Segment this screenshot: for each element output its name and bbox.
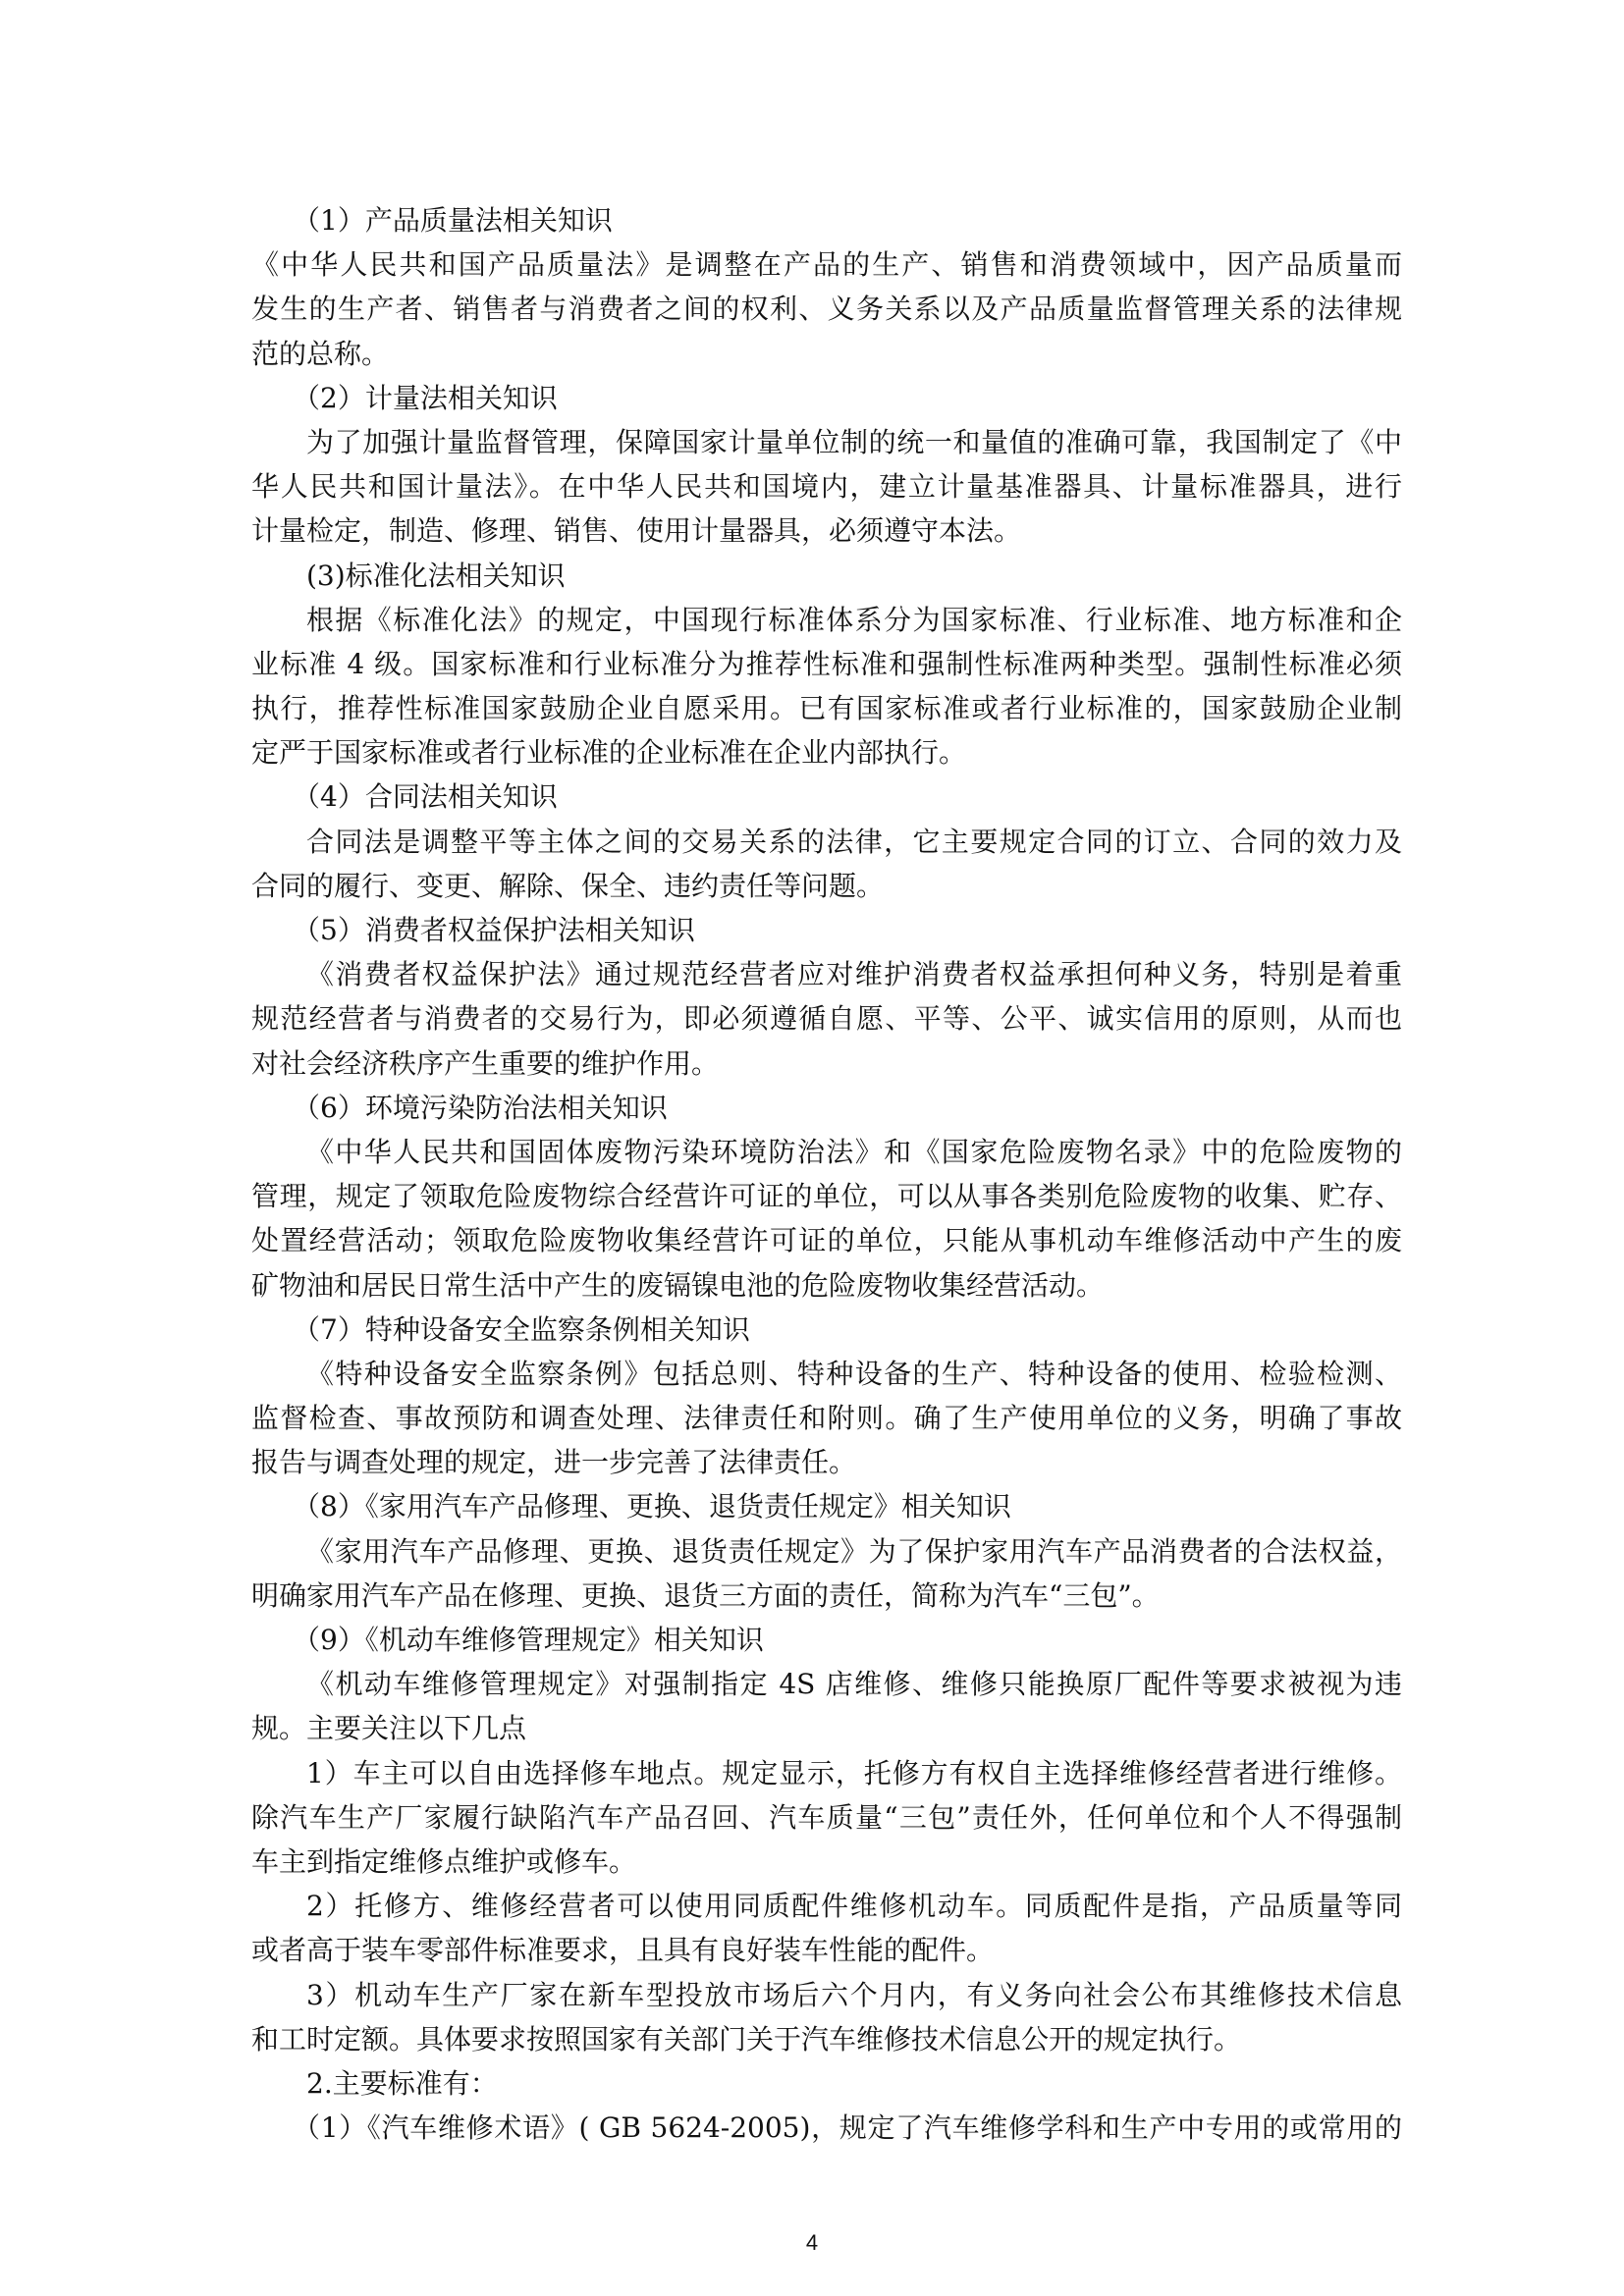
text-line: （1）《汽车维修术语》( GB 5624-2005)，规定了汽车维修学科和生产中… bbox=[251, 2106, 1402, 2150]
text-line: 根据《标准化法》的规定，中国现行标准体系分为国家标准、行业标准、地方标准和企 bbox=[251, 598, 1402, 642]
text-line: 执行，推荐性标准国家鼓励企业自愿采用。已有国家标准或者行业标准的，国家鼓励企业制 bbox=[251, 686, 1402, 730]
text-line: 《特种设备安全监察条例》包括总则、特种设备的生产、特种设备的使用、检验检测、 bbox=[251, 1352, 1402, 1396]
text-line: 《中华人民共和国产品质量法》是调整在产品的生产、销售和消费领域中，因产品质量而 bbox=[251, 242, 1402, 287]
text-line: 合同法是调整平等主体之间的交易关系的法律，它主要规定合同的订立、合同的效力及 bbox=[251, 820, 1402, 864]
text-line: （6）环境污染防治法相关知识 bbox=[251, 1086, 1402, 1130]
text-line: 《机动车维修管理规定》对强制指定 4S 店维修、维修只能换原厂配件等要求被视为违 bbox=[251, 1662, 1402, 1706]
text-line: 报告与调查处理的规定，进一步完善了法律责任。 bbox=[251, 1440, 1402, 1484]
text-line: （7）特种设备安全监察条例相关知识 bbox=[251, 1308, 1402, 1352]
page-number: 4 bbox=[0, 2230, 1624, 2256]
text-line: （2）计量法相关知识 bbox=[251, 376, 1402, 420]
text-line: 或者高于装车零部件标准要求，且具有良好装车性能的配件。 bbox=[251, 1928, 1402, 1972]
text-line: 《中华人民共和国固体废物污染环境防治法》和《国家危险废物名录》中的危险废物的 bbox=[251, 1130, 1402, 1174]
text-line: 华人民共和国计量法》。在中华人民共和国境内，建立计量基准器具、计量标准器具，进行 bbox=[251, 464, 1402, 508]
document-body: （1）产品质量法相关知识《中华人民共和国产品质量法》是调整在产品的生产、销售和消… bbox=[251, 198, 1402, 2150]
text-line: 2.主要标准有： bbox=[251, 2061, 1402, 2106]
text-line: 计量检定，制造、修理、销售、使用计量器具，必须遵守本法。 bbox=[251, 508, 1402, 553]
text-line: 除汽车生产厂家履行缺陷汽车产品召回、汽车质量“三包”责任外，任何单位和个人不得强… bbox=[251, 1795, 1402, 1840]
text-line: 《家用汽车产品修理、更换、退货责任规定》为了保护家用汽车产品消费者的合法权益， bbox=[251, 1529, 1402, 1574]
text-line: 3）机动车生产厂家在新车型投放市场后六个月内，有义务向社会公布其维修技术信息 bbox=[251, 1973, 1402, 2017]
text-line: (3)标准化法相关知识 bbox=[251, 554, 1402, 598]
text-line: 规范经营者与消费者的交易行为，即必须遵循自愿、平等、公平、诚实信用的原则，从而也 bbox=[251, 996, 1402, 1041]
text-line: 为了加强计量监督管理，保障国家计量单位制的统一和量值的准确可靠，我国制定了《中 bbox=[251, 420, 1402, 464]
text-line: 监督检查、事故预防和调查处理、法律责任和附则。确了生产使用单位的义务，明确了事故 bbox=[251, 1396, 1402, 1440]
text-line: （5）消费者权益保护法相关知识 bbox=[251, 908, 1402, 952]
text-line: 1）车主可以自由选择修车地点。规定显示，托修方有权自主选择维修经营者进行维修。 bbox=[251, 1751, 1402, 1795]
text-line: 业标准 4 级。国家标准和行业标准分为推荐性标准和强制性标准两种类型。强制性标准… bbox=[251, 642, 1402, 686]
text-line: 车主到指定维修点维护或修车。 bbox=[251, 1840, 1402, 1884]
text-line: （4）合同法相关知识 bbox=[251, 774, 1402, 819]
text-line: 处置经营活动；领取危险废物收集经营许可证的单位，只能从事机动车维修活动中产生的废 bbox=[251, 1218, 1402, 1262]
text-line: 2）托修方、维修经营者可以使用同质配件维修机动车。同质配件是指，产品质量等同 bbox=[251, 1884, 1402, 1928]
text-line: 和工时定额。具体要求按照国家有关部门关于汽车维修技术信息公开的规定执行。 bbox=[251, 2017, 1402, 2061]
text-line: 矿物油和居民日常生活中产生的废镉镍电池的危险废物收集经营活动。 bbox=[251, 1263, 1402, 1308]
text-line: 合同的履行、变更、解除、保全、违约责任等问题。 bbox=[251, 864, 1402, 908]
text-line: 定严于国家标准或者行业标准的企业标准在企业内部执行。 bbox=[251, 730, 1402, 774]
text-line: 规。主要关注以下几点 bbox=[251, 1706, 1402, 1750]
text-line: （1）产品质量法相关知识 bbox=[251, 198, 1402, 242]
text-line: 范的总称。 bbox=[251, 332, 1402, 376]
text-line: 《消费者权益保护法》通过规范经营者应对维护消费者权益承担何种义务，特别是着重 bbox=[251, 952, 1402, 996]
text-line: 对社会经济秩序产生重要的维护作用。 bbox=[251, 1041, 1402, 1086]
text-line: （9）《机动车维修管理规定》相关知识 bbox=[251, 1618, 1402, 1662]
text-line: 发生的生产者、销售者与消费者之间的权利、义务关系以及产品质量监督管理关系的法律规 bbox=[251, 287, 1402, 331]
text-line: （8）《家用汽车产品修理、更换、退货责任规定》相关知识 bbox=[251, 1484, 1402, 1528]
text-line: 管理，规定了领取危险废物综合经营许可证的单位，可以从事各类别危险废物的收集、贮存… bbox=[251, 1174, 1402, 1218]
text-line: 明确家用汽车产品在修理、更换、退货三方面的责任，简称为汽车“三包”。 bbox=[251, 1574, 1402, 1618]
